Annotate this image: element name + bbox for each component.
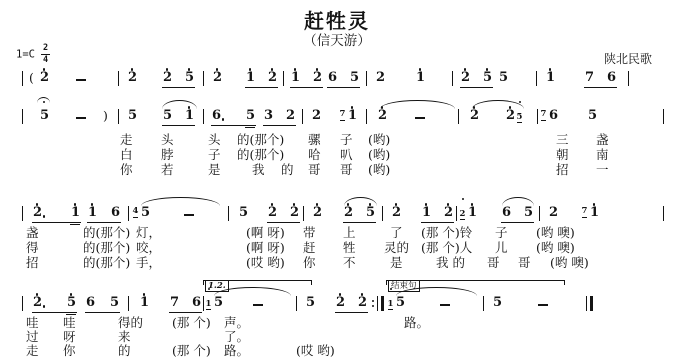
- note-digit: 2: [313, 71, 322, 85]
- note: 71: [590, 203, 598, 225]
- note-digit: 5: [366, 206, 375, 220]
- lyric-syllable: 来: [118, 330, 131, 344]
- beam-line: [32, 312, 77, 313]
- barline: [203, 109, 204, 124]
- beam-line: [211, 125, 256, 126]
- lyric-syllable: 声。: [224, 316, 249, 330]
- lyric-syllable: 的(那个): [83, 226, 130, 240]
- beam-line: [162, 125, 195, 126]
- barline: [483, 296, 484, 311]
- note: 1: [416, 68, 424, 90]
- note-digit: 5: [499, 71, 508, 85]
- note: 2: [313, 203, 321, 225]
- grace-digit: 7: [541, 110, 547, 121]
- lyric-syllable: (那 个)人: [421, 241, 472, 255]
- lyric-syllable: (那 个): [172, 316, 211, 330]
- lyric-syllable: 你: [120, 163, 133, 177]
- note-digit: 1: [291, 71, 300, 85]
- beam-line: [85, 312, 120, 313]
- note-digit: 1: [416, 71, 425, 85]
- note: 2: [213, 68, 221, 90]
- note-digit: 6: [212, 109, 221, 123]
- note-digit: 2: [313, 206, 322, 220]
- note-digit: 5: [239, 206, 248, 220]
- note: 5: [239, 203, 247, 225]
- barline: [366, 109, 367, 124]
- octave-dot: [462, 198, 464, 200]
- note-digit: 5: [306, 296, 315, 310]
- thick-bar: [381, 296, 384, 311]
- lyric-syllable: 儿: [495, 241, 508, 255]
- note-digit: 2: [33, 206, 42, 220]
- note-digit: 6: [549, 109, 558, 123]
- lyric-syllable: (哟): [368, 133, 390, 147]
- note-digit: 6: [607, 71, 616, 85]
- lyric-syllable: 骡: [308, 133, 321, 147]
- beam-line: [263, 125, 296, 126]
- octave-dot: [390, 288, 392, 290]
- lyric-syllable: 叭: [340, 148, 353, 162]
- grace-note: 7: [338, 101, 347, 121]
- note-digit: 2: [268, 71, 277, 85]
- lyric-syllable: 三: [556, 133, 569, 147]
- note-digit: 2: [290, 206, 299, 220]
- beam-line: [327, 87, 360, 88]
- lyric-syllable: 盏: [26, 226, 39, 240]
- time-signature-denominator: 4: [41, 55, 50, 65]
- beam-line: [87, 222, 121, 223]
- note-digit: 5: [588, 109, 597, 123]
- note: 21: [468, 203, 476, 225]
- note: 5: [493, 293, 501, 315]
- lyric-syllable: 白: [120, 148, 133, 162]
- grace-digit: 2: [460, 210, 466, 221]
- note-digit: 6: [328, 71, 337, 85]
- note-digit: 1: [590, 206, 599, 220]
- note: 5: [306, 293, 314, 315]
- lyric-syllable: 得: [26, 241, 39, 255]
- sheet-music-page: 赶牲灵 （信天游） 1=C24 陕北民歌 (222521212652125517…: [0, 0, 674, 361]
- note-digit: 6: [502, 206, 511, 220]
- lyric-syllable: (那 个): [172, 344, 211, 358]
- note-digit: 6: [86, 296, 95, 310]
- slur-arc: [162, 100, 197, 109]
- lyric-syllable: 是: [390, 256, 403, 270]
- grace-note: 1: [386, 288, 395, 310]
- note-digit: 2: [286, 109, 295, 123]
- lyric-syllable: 呀: [63, 330, 76, 344]
- augmentation-dot: [43, 215, 46, 218]
- final-barline: [586, 296, 594, 311]
- beam-line: [162, 87, 195, 88]
- duration-dash: [76, 117, 86, 119]
- lyric-syllable: 灵的: [384, 241, 409, 255]
- fermata-dot: [43, 101, 45, 103]
- lyric-syllable: 路。: [404, 316, 429, 330]
- lyric-syllable: 灯，: [136, 226, 161, 240]
- lyric-syllable: (哟 噢): [536, 241, 575, 255]
- note-digit: 2: [40, 71, 49, 85]
- lyric-syllable: 咬，: [136, 241, 161, 255]
- note-digit: 2: [549, 206, 558, 220]
- note: 15: [396, 293, 404, 315]
- lyric-syllable: (哟 噢): [536, 226, 575, 240]
- lyric-syllable: (那 个)铃: [421, 226, 472, 240]
- note: 1: [140, 293, 148, 315]
- note-digit: 5: [40, 109, 49, 123]
- lyric-syllable: 牲: [343, 241, 356, 255]
- lyric-syllable: 子: [340, 133, 353, 147]
- lyric-syllable: (啊 呀): [246, 241, 285, 255]
- source-credit: 陕北民歌: [604, 50, 652, 67]
- barline: [458, 109, 459, 124]
- note: 2: [40, 68, 48, 90]
- sixteenth-beam-line: [245, 127, 255, 128]
- barline: [203, 71, 204, 86]
- note-digit: 1: [185, 109, 194, 123]
- lyric-syllable: (哎 哟): [246, 256, 285, 270]
- beam-line: [169, 312, 202, 313]
- duration-dash: [538, 304, 548, 306]
- lyric-syllable: 的(那个): [237, 133, 284, 147]
- lyric-syllable: 赶: [303, 241, 316, 255]
- note: 2: [392, 203, 400, 225]
- barline: [296, 296, 297, 311]
- barline: [303, 206, 304, 221]
- note: 2: [128, 68, 136, 90]
- note-digit: 5: [67, 296, 76, 310]
- lyric-syllable: 走: [120, 133, 133, 147]
- lyric-syllable: 招: [26, 256, 39, 270]
- grace-digit: 5: [517, 113, 523, 124]
- note-digit: 2: [444, 206, 453, 220]
- note: 25: [506, 106, 514, 128]
- note-digit: 6: [111, 206, 120, 220]
- grace-digit: 1: [206, 300, 212, 311]
- barline: [366, 71, 367, 86]
- note-digit: 5: [141, 206, 150, 220]
- lyric-syllable: 脖: [161, 148, 174, 162]
- note: 5: [128, 106, 136, 128]
- barline: [628, 71, 629, 86]
- lyric-syllable: 头: [208, 133, 221, 147]
- lyric-syllable: 哥: [340, 163, 353, 177]
- grace-digit: 7: [582, 207, 588, 218]
- augmentation-dot: [222, 118, 225, 121]
- lyric-syllable: 哇: [63, 316, 76, 330]
- note-digit: 2: [470, 109, 479, 123]
- lyric-syllable: 朝: [556, 148, 569, 162]
- note-digit: 1: [246, 71, 255, 85]
- lyric-syllable: 了。: [224, 330, 249, 344]
- note-digit: 5: [214, 296, 223, 310]
- barline: [22, 109, 23, 124]
- note-digit: 5: [163, 109, 172, 123]
- lyric-syllable: 不: [343, 256, 356, 270]
- augmentation-dot: [43, 305, 46, 308]
- barline: [22, 296, 23, 311]
- beam-line: [501, 222, 534, 223]
- lyric-syllable: 走: [26, 344, 39, 358]
- lyric-syllable: (哎 哟): [296, 344, 335, 358]
- volta-bracket: 1.2.: [203, 280, 312, 285]
- slur-arc: [502, 197, 534, 206]
- note-digit: 2: [506, 109, 515, 123]
- lyric-syllable: 哈: [308, 148, 321, 162]
- slur-arc: [380, 100, 455, 109]
- note: 5: [40, 106, 48, 128]
- lyric-syllable: 的: [281, 163, 294, 177]
- note-digit: 7: [585, 71, 594, 85]
- lyric-syllable: 是: [208, 163, 221, 177]
- note: 2: [470, 106, 478, 128]
- note: 2: [378, 106, 386, 128]
- note-digit: 6: [192, 296, 201, 310]
- slur-arc: [344, 197, 377, 206]
- note-digit: 2: [392, 206, 401, 220]
- beam-line: [343, 222, 376, 223]
- lyric-syllable: 头: [161, 133, 174, 147]
- note: 76: [549, 106, 557, 128]
- key-signature: 1=C24: [16, 44, 50, 64]
- barline: [536, 71, 537, 86]
- lyric-syllable: 哥: [308, 163, 321, 177]
- song-subtitle: （信天游）: [0, 29, 674, 49]
- lyric-syllable: 得的: [118, 316, 143, 330]
- note: 15: [214, 293, 222, 315]
- barline: [382, 206, 383, 221]
- note-digit: 1: [88, 206, 97, 220]
- note: 1: [546, 68, 554, 90]
- note-digit: 2: [268, 206, 277, 220]
- barline: [663, 109, 664, 124]
- note-digit: 2: [376, 71, 385, 85]
- lyric-syllable: 招: [556, 163, 569, 177]
- note: 5: [588, 106, 596, 128]
- note-digit: 5: [350, 71, 359, 85]
- lyric-syllable: 子: [495, 226, 508, 240]
- note-digit: 2: [344, 206, 353, 220]
- lyric-syllable: 了: [390, 226, 403, 240]
- lyric-syllable: 子: [208, 148, 221, 162]
- lyric-syllable: 的: [118, 344, 131, 358]
- barline: [302, 109, 303, 124]
- note-digit: 1: [71, 206, 80, 220]
- key-label: 1=C: [16, 49, 35, 61]
- note-digit: 5: [185, 71, 194, 85]
- note-digit: 3: [264, 109, 273, 123]
- note: 5: [499, 68, 507, 90]
- duration-dash: [440, 304, 450, 306]
- note-digit: 5: [524, 206, 533, 220]
- note-digit: 1: [140, 296, 149, 310]
- note-digit: 5: [110, 296, 119, 310]
- repeat-dot: [372, 305, 374, 307]
- time-signature-numerator: 2: [41, 44, 50, 55]
- beam-line: [290, 87, 323, 88]
- repeat-end-barline: [372, 296, 386, 311]
- duration-dash: [415, 117, 425, 119]
- sixteenth-beam-line: [70, 224, 80, 225]
- lyric-syllable: (哟): [368, 148, 390, 162]
- lyric-syllable: 一: [596, 163, 609, 177]
- lyric-syllable: 上: [343, 226, 356, 240]
- beam-line: [245, 87, 278, 88]
- note-digit: 1: [546, 71, 555, 85]
- note-digit: 2: [378, 109, 387, 123]
- lyric-syllable: (哟): [368, 163, 390, 177]
- duration-dash: [184, 214, 194, 216]
- grace-digit: 4: [133, 207, 139, 218]
- repeat-dot: [372, 300, 374, 302]
- note: 2: [376, 68, 384, 90]
- grace-digit: 7: [340, 110, 346, 121]
- barline: [452, 71, 453, 86]
- lyric-syllable: 南: [596, 148, 609, 162]
- grace-digit: 1: [388, 300, 394, 311]
- barline: [118, 71, 119, 86]
- grace-note: 2: [458, 198, 467, 220]
- lyric-syllable: 哇: [26, 316, 39, 330]
- ending-bracket: 结束句: [386, 280, 565, 285]
- beam-line: [460, 87, 493, 88]
- barline: [128, 296, 129, 311]
- duration-dash: [253, 304, 263, 306]
- thick-bar: [590, 296, 593, 311]
- grace-note: 7: [580, 198, 589, 218]
- lyric-syllable: 我 的: [436, 256, 465, 270]
- lyric-syllable: 过: [26, 330, 39, 344]
- lyric-syllable: 哥: [487, 256, 500, 270]
- lyric-syllable: 你: [303, 256, 316, 270]
- note-digit: 5: [396, 296, 405, 310]
- thin-bar: [377, 296, 378, 311]
- barline: [128, 206, 129, 221]
- note-digit: 2: [312, 109, 321, 123]
- lyric-syllable: (啊 呀): [246, 226, 285, 240]
- note-digit: 2: [461, 71, 470, 85]
- lyric-syllable: 手，: [136, 256, 161, 270]
- lyric-syllable: 的(那个): [83, 256, 130, 270]
- note-digit: 2: [163, 71, 172, 85]
- lyric-syllable: 盏: [596, 133, 609, 147]
- barline: [663, 206, 664, 221]
- grace-note: 7: [539, 101, 548, 121]
- beam-line: [267, 222, 300, 223]
- barline: [228, 206, 229, 221]
- lyric-syllable: 哥: [518, 256, 531, 270]
- lyric-syllable: (哟 噢): [550, 256, 589, 270]
- note-digit: 1: [468, 206, 477, 220]
- time-signature: 24: [41, 44, 50, 64]
- grace-note: 1: [204, 288, 213, 310]
- note-digit: 2: [358, 296, 367, 310]
- lyric-syllable: 路。: [224, 344, 249, 358]
- note-digit: 5: [246, 109, 255, 123]
- barline: [22, 206, 23, 221]
- beam-line: [32, 222, 81, 223]
- note-digit: 2: [128, 71, 137, 85]
- barline: [22, 71, 23, 86]
- note: 71: [348, 106, 356, 128]
- close-paren: ): [103, 108, 108, 123]
- thin-bar: [586, 296, 587, 311]
- note-digit: 5: [483, 71, 492, 85]
- lyric-syllable: 我: [252, 163, 265, 177]
- note: 45: [141, 203, 149, 225]
- grace-note: 4: [131, 198, 140, 218]
- note-digit: 2: [33, 296, 42, 310]
- note-digit: 7: [170, 296, 179, 310]
- duration-dash: [76, 79, 86, 81]
- note-digit: 5: [128, 109, 137, 123]
- beam-line: [335, 312, 368, 313]
- lyric-syllable: 你: [63, 344, 76, 358]
- lyric-syllable: 的(那个): [237, 148, 284, 162]
- barline: [539, 206, 540, 221]
- lyric-syllable: 带: [303, 226, 316, 240]
- note-digit: 1: [348, 109, 357, 123]
- note-digit: 2: [336, 296, 345, 310]
- note: 2: [312, 106, 320, 128]
- lyric-syllable: 的(那个): [83, 241, 130, 255]
- beam-line: [421, 222, 454, 223]
- octave-dot: [208, 288, 210, 290]
- note-digit: 2: [213, 71, 222, 85]
- note: 2: [549, 203, 557, 225]
- note-digit: 1: [422, 206, 431, 220]
- note-digit: 5: [493, 296, 502, 310]
- beam-line: [584, 87, 617, 88]
- lyric-syllable: 若: [161, 163, 174, 177]
- open-paren: (: [29, 70, 34, 85]
- barline: [118, 109, 119, 124]
- slur-arc: [141, 197, 220, 206]
- barline: [283, 71, 284, 86]
